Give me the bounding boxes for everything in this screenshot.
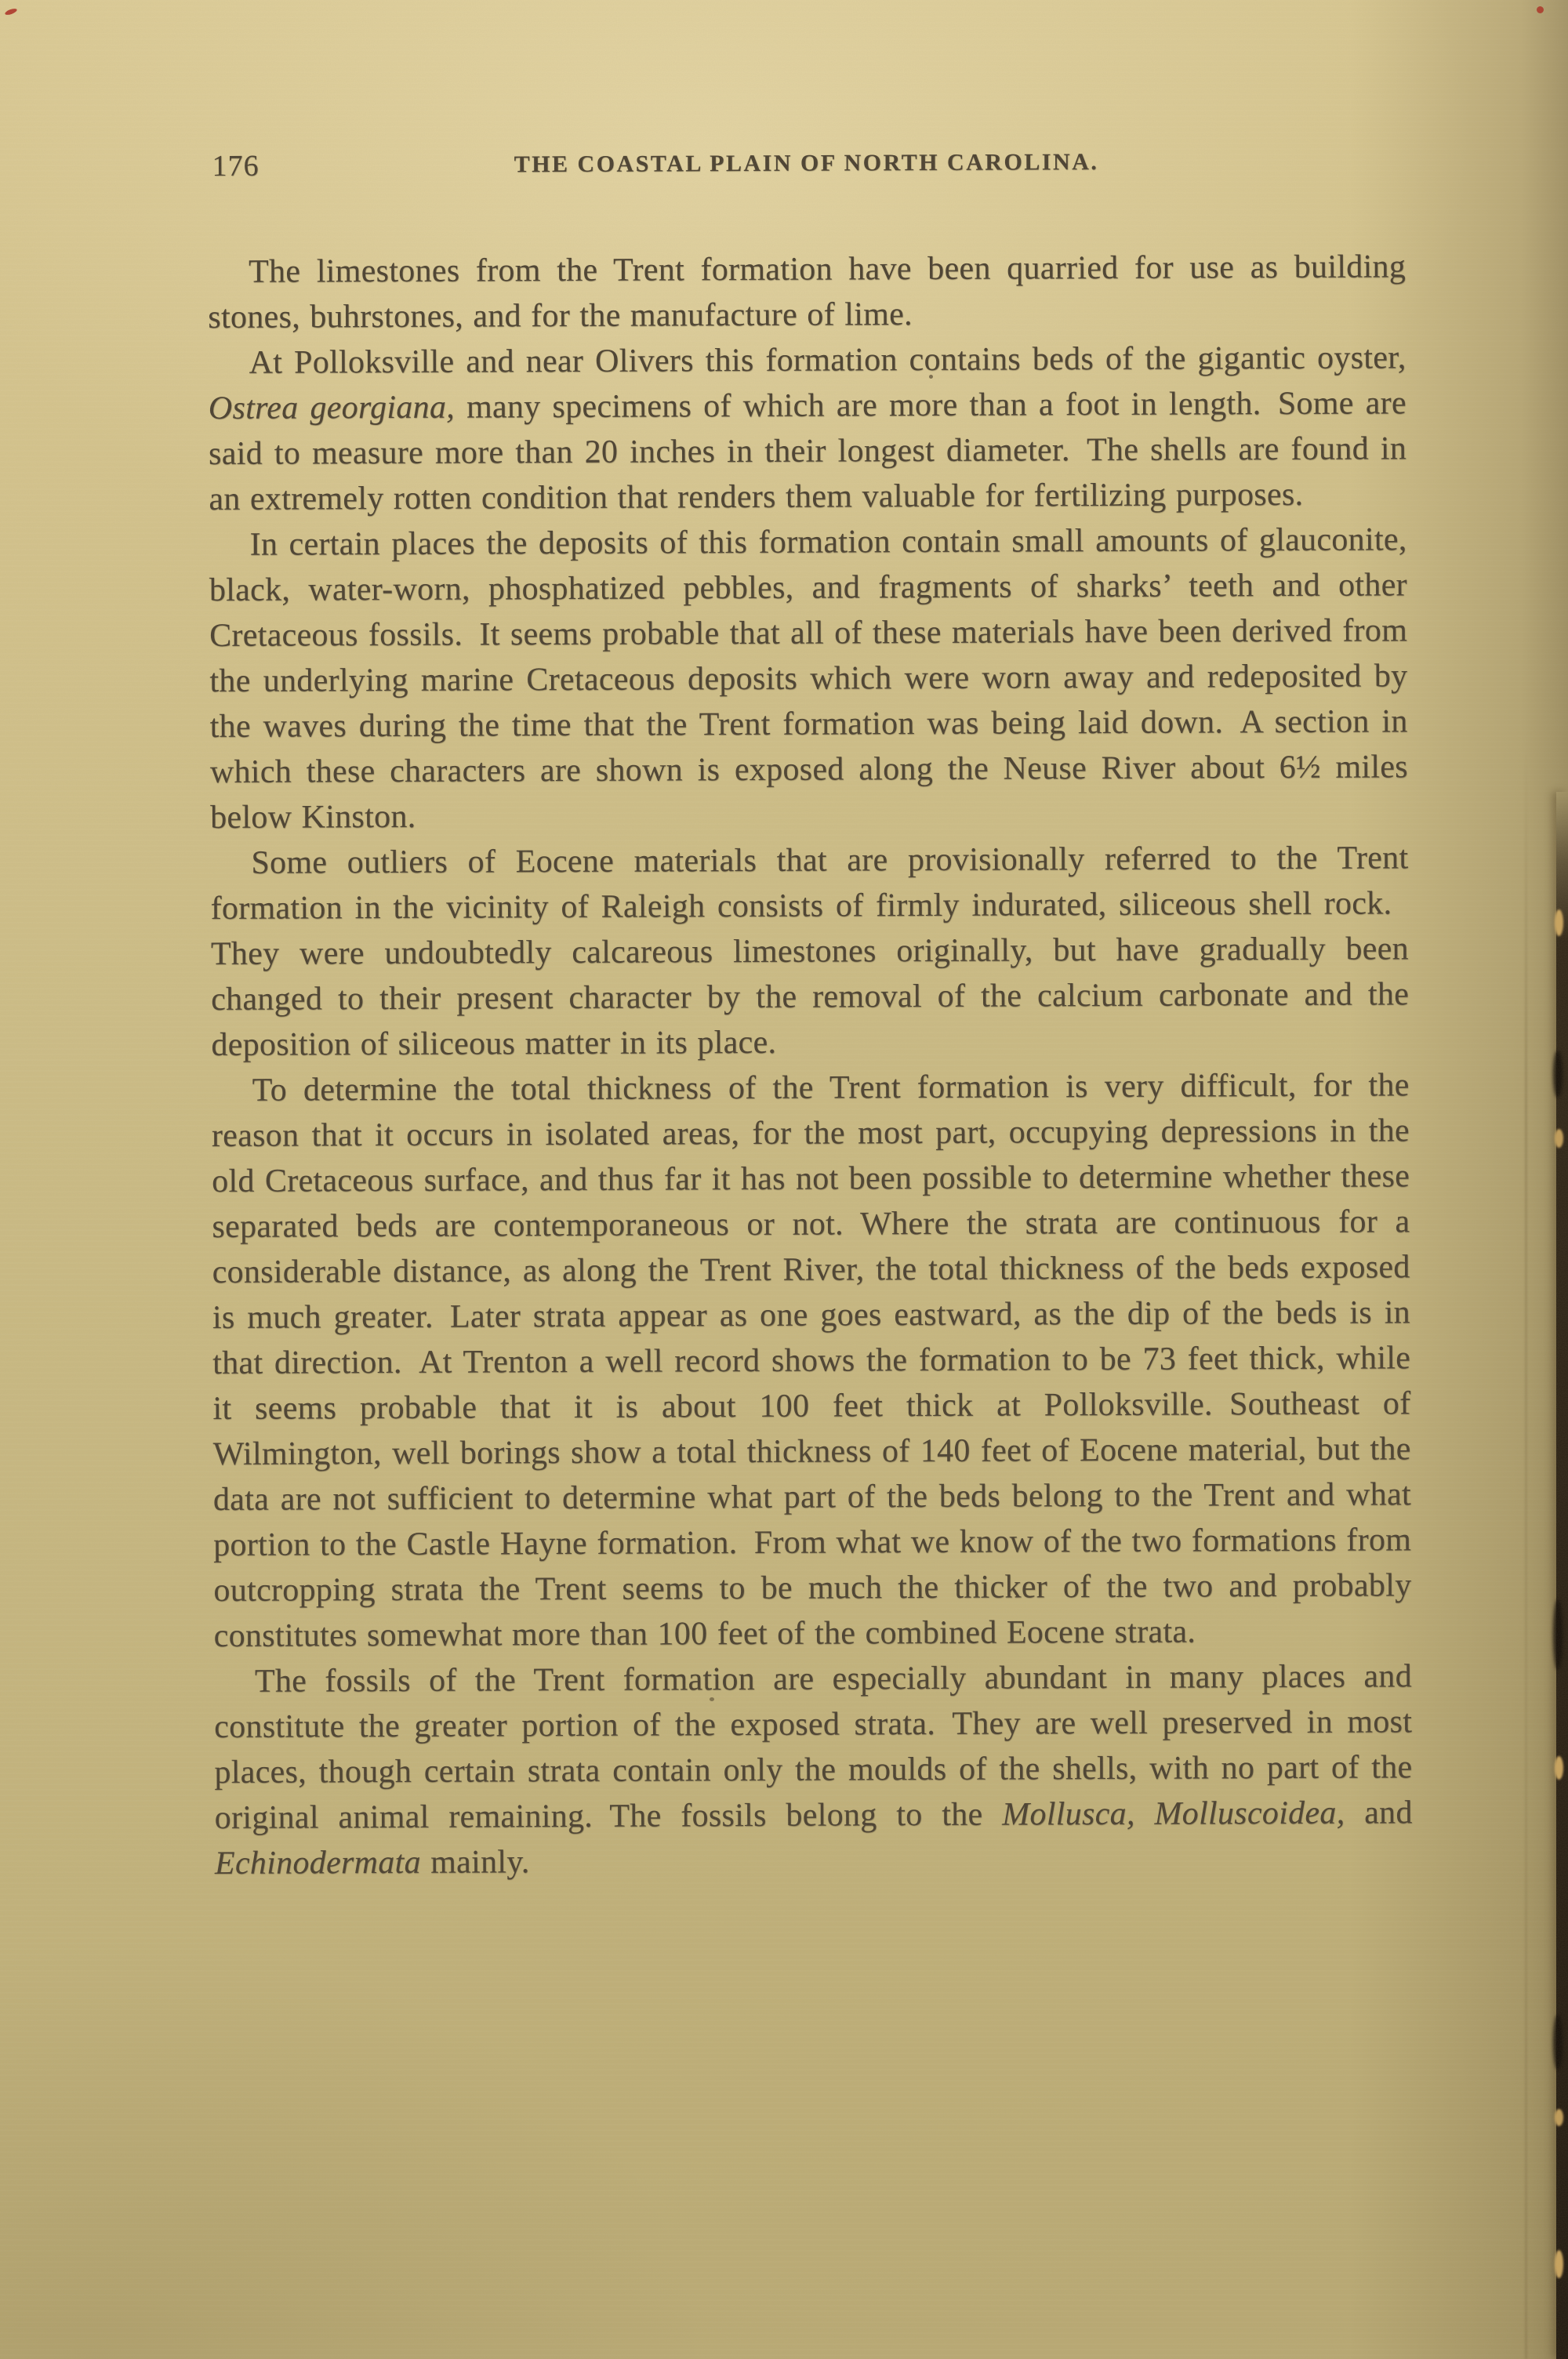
paragraph: The fossils of the Trent formation are e… [214, 1653, 1413, 1886]
text-run: and [1345, 1795, 1412, 1831]
paragraph: To determine the total thickness of the … [212, 1062, 1412, 1659]
binding-notch [1555, 2250, 1563, 2278]
binding-dark-blob [1553, 2015, 1563, 2070]
binding-notch [1555, 1129, 1563, 1148]
binding-notch [1555, 1756, 1563, 1780]
paragraph: Some outliers of Eocene materials that a… [210, 835, 1409, 1068]
scanned-book-page: 176 THE COASTAL PLAIN OF NORTH CAROLINA.… [0, 0, 1568, 2359]
page-header: 176 THE COASTAL PLAIN OF NORTH CAROLINA. [207, 143, 1405, 193]
paragraph: In certain places the deposits of this f… [209, 517, 1409, 840]
text-run: Some outliers of Eocene materials that a… [211, 840, 1410, 1063]
running-title: THE COASTAL PLAIN OF NORTH CAROLINA. [207, 143, 1405, 180]
italic-text-run: Ostrea georgiana, [209, 390, 455, 426]
page-number: 176 [212, 149, 259, 183]
paragraph: At Polloksville and near Olivers this fo… [208, 335, 1406, 522]
page-crease [1525, 753, 1527, 2359]
binding-dark-blob [1553, 1599, 1563, 1670]
text-run: The limestones from the Trent formation … [208, 249, 1406, 336]
page-content: 176 THE COASTAL PLAIN OF NORTH CAROLINA.… [0, 0, 1568, 2359]
italic-text-run: Echinodermata [215, 1845, 421, 1882]
binding-notch [1555, 2109, 1563, 2126]
paragraph: The limestones from the Trent formation … [208, 244, 1406, 340]
text-run: In certain places the deposits of this f… [209, 521, 1408, 836]
text-run: At Polloksville and near Olivers this fo… [249, 339, 1406, 380]
binding-dark-blob [1553, 1051, 1563, 1098]
binding-edge-shadow [1556, 792, 1568, 2359]
text-run: To determine the total thickness of the … [212, 1067, 1412, 1654]
body-text: The limestones from the Trent formation … [208, 244, 1413, 1886]
text-run: mainly. [421, 1844, 530, 1881]
italic-text-run: Mollusca, Molluscoidea, [1002, 1795, 1345, 1833]
binding-notch [1555, 909, 1563, 936]
